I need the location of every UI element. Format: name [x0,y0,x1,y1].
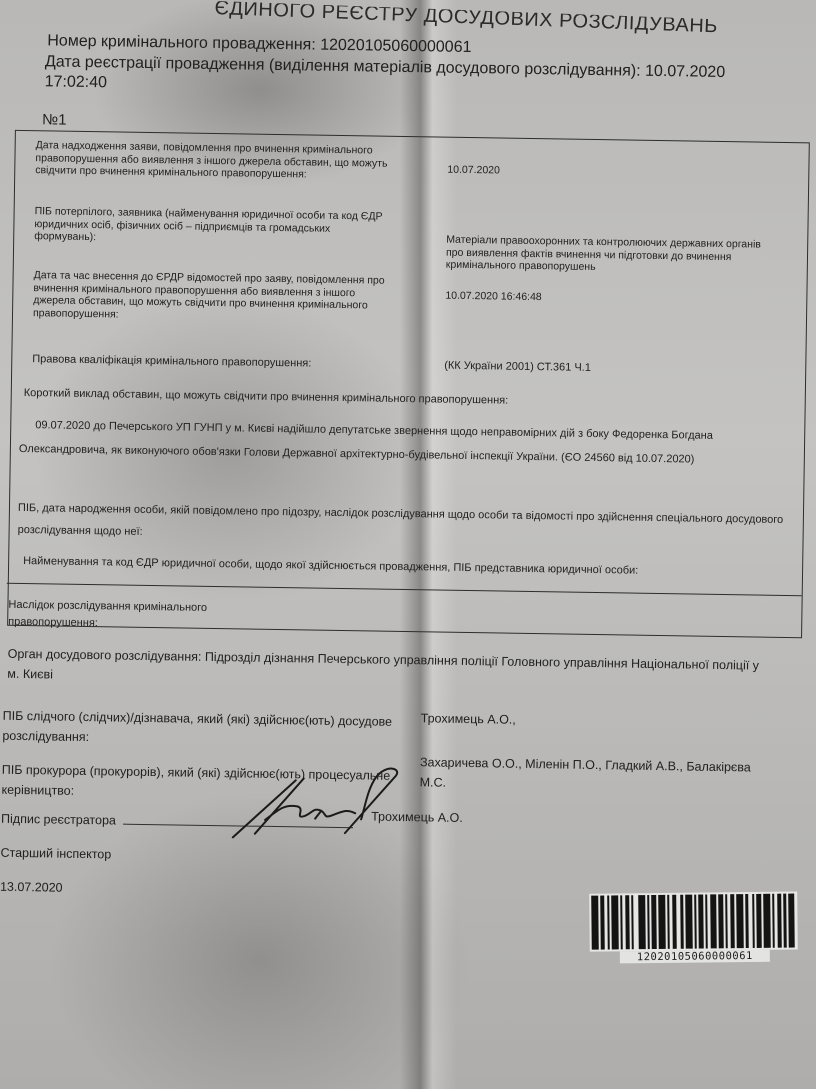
document-date: 13.07.2020 [0,880,63,895]
registrar-signature-label: Підпис реєстратора [1,812,116,828]
barcode-bars [589,892,798,952]
field-value-summary: 09.07.2020 до Печерського УП ГУНП у м. К… [19,413,800,473]
registration-date: 10.07.2020 [645,63,725,81]
entry-number: №1 [42,111,67,128]
field-value-receipt-date: 10.07.2020 [447,164,777,182]
table-divider [7,583,802,596]
registrar-position: Старший інспектор [0,846,111,862]
field-label-investigation-result: Наслідок розслідування кримінального пра… [8,597,279,635]
investigator-value: Трохимець А.О., [421,708,761,733]
field-label-legal-qualification: Правова кваліфікація кримінального право… [32,353,392,371]
case-number: 12020105060000061 [320,37,472,56]
field-label-legal-entity: Найменування та код ЄДР юридичної особи,… [23,555,783,579]
organ-label: Орган досудового розслідування: [8,647,202,664]
field-value-victim: Матеріали правоохоронних та контролюючих… [446,234,777,277]
registration-date-line: Дата реєстрації провадження (виділення м… [45,52,766,103]
barcode: 12020105060000061 [589,892,798,958]
register-entry-table: Дата надходження заяви, повідомлення про… [7,130,810,638]
prosecutor-value: Захаричева О.О., Міленін П.О., Гладкий А… [420,752,761,797]
document-page: ЄДИНОГО РЕЄСТРУ ДОСУДОВИХ РОЗСЛІДУВАНЬ Н… [0,0,816,1089]
investigator-label: ПІБ слідчого (слідчих)/дізнавача, який (… [2,706,403,752]
field-value-legal-qualification: (КК України 2001) СТ.361 Ч.1 [444,360,774,378]
investigation-organ: Орган досудового розслідування: Підрозді… [7,644,768,696]
barcode-bar [788,894,795,948]
registrar-name: Трохимець А.О. [371,810,463,825]
case-number-label: Номер кримінального провадження: [47,32,316,53]
document-header-title: ЄДИНОГО РЕЄСТРУ ДОСУДОВИХ РОЗСЛІДУВАНЬ [214,0,718,38]
field-label-summary: Короткий виклад обставин, що можуть свід… [24,387,784,411]
field-label-receipt-date: Дата надходження заяви, повідомлення про… [35,139,396,182]
field-value-entry-datetime: 10.07.2020 16:46:48 [445,290,775,308]
field-label-entry-datetime: Дата та час внесення до ЄРДР відомостей … [33,269,394,325]
field-label-victim: ПІБ потерпілого, заявника (найменування … [34,205,395,248]
field-label-suspect: ПІБ, дата народження особи, якій повідом… [17,497,798,553]
barcode-number: 12020105060000061 [620,950,770,964]
handwritten-signature-icon [225,759,406,842]
